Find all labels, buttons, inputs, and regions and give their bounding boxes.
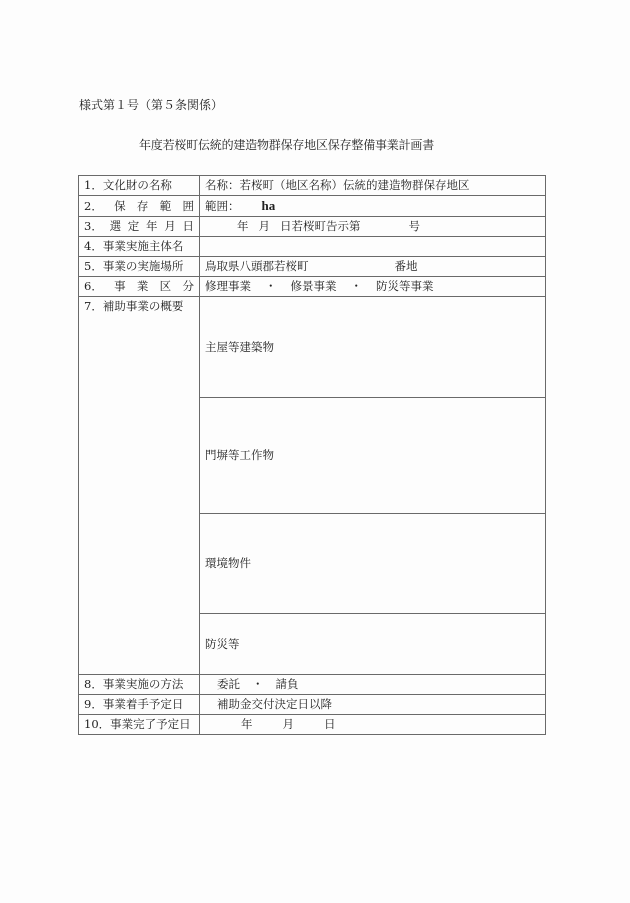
row-label: 7．補助事業の概要	[79, 297, 200, 675]
row-label: 8．事業実施の方法	[79, 675, 200, 695]
table-row: 8．事業実施の方法 委託・請負	[79, 675, 546, 695]
table-row: 5．事業の実施場所 鳥取県八頭郡若桜町番地	[79, 257, 546, 277]
selection-date-field[interactable]: 年月日若桜町告示第号	[200, 217, 546, 237]
project-location-field[interactable]: 鳥取県八頭郡若桜町番地	[200, 257, 546, 277]
table-row: 7．補助事業の概要 主屋等建築物	[79, 297, 546, 398]
form-number: 様式第１号（第５条関係）	[79, 96, 223, 113]
row-label: 2．保存範囲	[79, 196, 200, 217]
table-row: 1．文化財の名称 名称：若桜町（地区名称）伝統的建造物群保存地区	[79, 176, 546, 196]
cultural-property-name[interactable]: 名称：若桜町（地区名称）伝統的建造物群保存地区	[200, 176, 546, 196]
row-label: 6．事業区分	[79, 277, 200, 297]
document-title: 年度若桜町伝統的建造物群保存地区保存整備事業計画書	[139, 136, 434, 153]
start-date-field[interactable]: 補助金交付決定日以降	[200, 695, 546, 715]
implementation-method-options[interactable]: 委託・請負	[200, 675, 546, 695]
preservation-area-field[interactable]: 範囲：ha	[200, 196, 546, 217]
table-row: 4．事業実施主体名	[79, 237, 546, 257]
table-row: 6．事業区分 修理事業・修景事業・防災等事業	[79, 277, 546, 297]
plan-table: 1．文化財の名称 名称：若桜町（地区名称）伝統的建造物群保存地区 2．保存範囲 …	[78, 175, 546, 735]
row-label: 5．事業の実施場所	[79, 257, 200, 277]
row-label: 3．選定年月日	[79, 217, 200, 237]
table-row: 9．事業着手予定日 補助金交付決定日以降	[79, 695, 546, 715]
row-label: 9．事業着手予定日	[79, 695, 200, 715]
disaster-prevention-field[interactable]: 防災等	[200, 614, 546, 675]
environmental-items-field[interactable]: 環境物件	[200, 514, 546, 614]
table-row: 3．選定年月日 年月日若桜町告示第号	[79, 217, 546, 237]
row-label: 1．文化財の名称	[79, 176, 200, 196]
completion-date-field[interactable]: 年月日	[200, 715, 546, 735]
table-row: 10．事業完了予定日 年月日	[79, 715, 546, 735]
main-buildings-field[interactable]: 主屋等建築物	[200, 297, 546, 398]
table-row: 2．保存範囲 範囲：ha	[79, 196, 546, 217]
row-label: 4．事業実施主体名	[79, 237, 200, 257]
project-category-options[interactable]: 修理事業・修景事業・防災等事業	[200, 277, 546, 297]
implementing-entity-field[interactable]	[200, 237, 546, 257]
gates-fences-field[interactable]: 門塀等工作物	[200, 398, 546, 514]
row-label: 10．事業完了予定日	[79, 715, 200, 735]
